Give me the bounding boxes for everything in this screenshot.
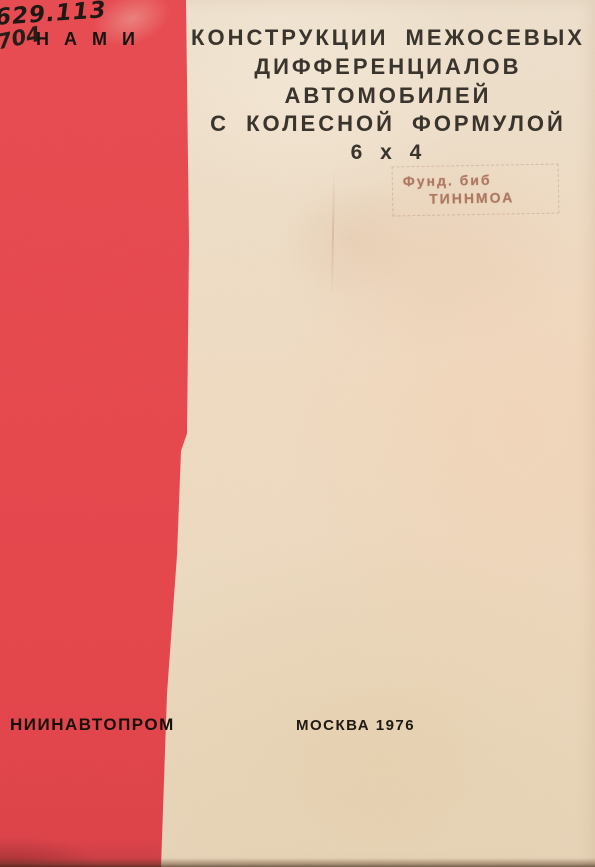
library-stamp-line-2: ТИННМОА	[393, 189, 558, 208]
title-line-4: С КОЛЕСНОЙ ФОРМУЛОЙ	[186, 110, 590, 139]
institute-abbreviation: Н А М И	[36, 29, 140, 50]
publisher-organization: НИИНАВТОПРОМ	[10, 715, 175, 735]
book-title: КОНСТРУКЦИИ МЕЖОСЕВЫХ ДИФФЕРЕНЦИАЛОВ АВТ…	[186, 24, 590, 168]
city-and-year: МОСКВА 1976	[296, 717, 415, 734]
library-stamp-line-1: Фунд. биб	[393, 171, 558, 190]
title-line-1: КОНСТРУКЦИИ МЕЖОСЕВЫХ	[186, 24, 590, 53]
red-stripe	[0, 0, 192, 867]
library-stamp: Фунд. биб ТИННМОА	[392, 164, 560, 217]
book-cover: 629.113 704 Н А М И КОНСТРУКЦИИ МЕЖОСЕВЫ…	[0, 0, 595, 867]
scan-bottom-shadow	[0, 858, 595, 867]
title-line-3: АВТОМОБИЛЕЙ	[186, 82, 590, 111]
title-line-2: ДИФФЕРЕНЦИАЛОВ	[186, 53, 590, 82]
